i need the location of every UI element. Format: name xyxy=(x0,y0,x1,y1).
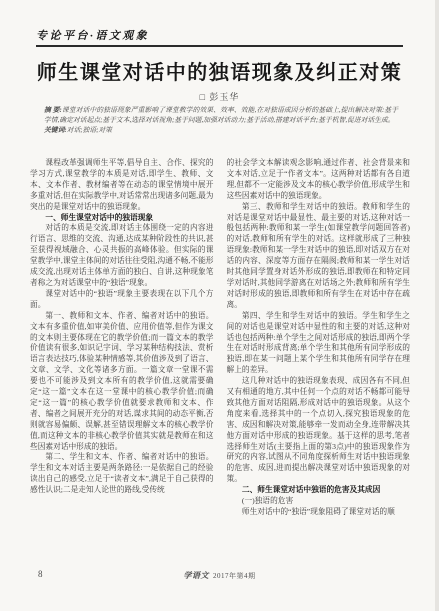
footer-journal-issue: 2017年第4期 xyxy=(213,572,256,580)
keywords-label: 关键词: xyxy=(44,127,67,134)
abstract-text: 课堂对话中的独语现象严重影响了课堂教学的效果、效率、效能,在对独语成因分析的基础… xyxy=(44,107,398,124)
body-paragraph: 师生对话中的“独语”现象阻碍了课堂对话的顺 xyxy=(227,507,411,518)
body-columns: 课程改革强调师生平等,倡导自主、合作、探究的学习方式,课堂教学的本质是对话,即学… xyxy=(30,158,410,570)
author-name: 彭玉华 xyxy=(209,92,239,102)
body-paragraph: 的社会学文本解读观念影响,通过作者、社会背景来和文本对话,立足于“作者文本”。这… xyxy=(227,158,411,202)
body-paragraph: 这几种对话中的独语现象表现、成因各有不同,但又有相通的地方,其中任何一个点的对话… xyxy=(227,376,411,485)
author-square-icon: □ xyxy=(200,92,206,102)
body-paragraph: 第一、教师和文本、作者、编者对话中的独语。文本有多重价值,如审美价值、应用价值等… xyxy=(30,311,214,453)
abstract-paragraph: 摘 要:课堂对话中的独语现象严重影响了课堂教学的效果、效率、效能,在对独语成因分… xyxy=(44,106,398,125)
keywords-text: 对话;独语;对策 xyxy=(67,127,112,134)
body-paragraph: 第三、教师和学生对话中的独语。教师和学生的对话是课堂对话中最显性、最主要的对话,… xyxy=(227,202,411,311)
section-heading: 一、师生课堂对话中的独语现象 xyxy=(30,213,214,224)
abstract-block: 摘 要:课堂对话中的独语现象严重影响了课堂教学的效果、效率、效能,在对独语成因分… xyxy=(44,106,398,136)
column-left: 课程改革强调师生平等,倡导自主、合作、探究的学习方式,课堂教学的本质是对话,即学… xyxy=(30,158,214,570)
body-paragraph: 课程改革强调师生平等,倡导自主、合作、探究的学习方式,课堂教学的本质是对话,即学… xyxy=(30,158,214,213)
column-label: 专论平台·语文观象 xyxy=(36,27,149,43)
column-right: 的社会学文本解读观念影响,通过作者、社会背景来和文本对话,立足于“作者文本”。这… xyxy=(227,158,411,570)
body-paragraph: 对话的本质是交流,即对话主体围绕一定的内容进行语言、思维的交流、沟通,达成某种阶… xyxy=(30,223,214,288)
body-paragraph: 第二、学生和文本、作者、编者对话中的独语。学生和文本对话主要是两条路径:一是依据… xyxy=(30,452,214,496)
page-title: 师生课堂对话中的独语现象及纠正对策 xyxy=(0,56,439,85)
body-paragraph: 第四、学生和学生对话中的独语。学生和学生之间的对话也是课堂对话中显性的和主要的对… xyxy=(227,311,411,376)
body-paragraph: 课堂对话中的“独语”现象主要表现在以下几个方面。 xyxy=(30,289,214,311)
header-rule xyxy=(36,45,403,47)
footer-journal-name: 学语文 xyxy=(184,571,210,580)
footer-journal: 学语文2017年第4期 xyxy=(0,570,439,581)
section-heading: 二、师生课堂对话中独语的危害及其成因 xyxy=(227,485,411,496)
keywords-line: 关键词:对话;独语;对策 xyxy=(44,126,398,136)
journal-page: 专论平台·语文观象 师生课堂对话中的独语现象及纠正对策 □ 彭玉华 摘 要:课堂… xyxy=(0,0,439,611)
author-line: □ 彭玉华 xyxy=(0,90,439,103)
body-paragraph: (一)独语的危害 xyxy=(227,496,411,507)
abstract-label: 摘 要: xyxy=(44,107,62,114)
